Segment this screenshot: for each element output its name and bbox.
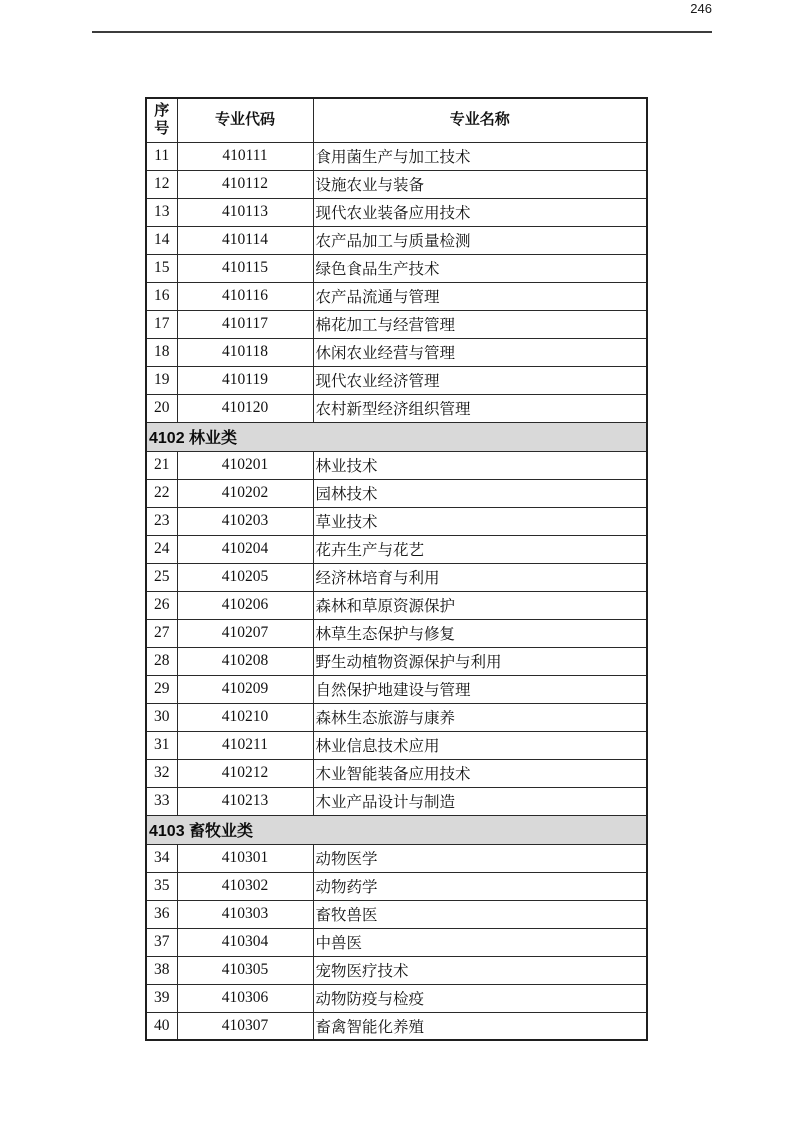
major-code-cell: 410207 — [177, 619, 313, 647]
major-name-cell: 经济林培育与利用 — [313, 563, 647, 591]
row-index-cell: 38 — [146, 956, 177, 984]
table-row: 38410305宠物医疗技术 — [146, 956, 647, 984]
section-header: 4102 林业类 — [146, 422, 647, 451]
row-index-cell: 22 — [146, 479, 177, 507]
major-code-cell: 410303 — [177, 900, 313, 928]
row-index-cell: 35 — [146, 872, 177, 900]
table-row: 39410306动物防疫与检疫 — [146, 984, 647, 1012]
row-index-cell: 18 — [146, 338, 177, 366]
major-code-cell: 410210 — [177, 703, 313, 731]
document-page: { "page": { "number": "246" }, "table": … — [0, 0, 793, 1122]
row-index-cell: 11 — [146, 142, 177, 170]
table-row: 11410111食用菌生产与加工技术 — [146, 142, 647, 170]
row-index-cell: 28 — [146, 647, 177, 675]
row-index-cell: 16 — [146, 282, 177, 310]
row-index-cell: 21 — [146, 451, 177, 479]
table-row: 15410115绿色食品生产技术 — [146, 254, 647, 282]
major-name-cell: 绿色食品生产技术 — [313, 254, 647, 282]
row-index-cell: 20 — [146, 394, 177, 422]
table-row: 23410203草业技术 — [146, 507, 647, 535]
table-row: 14410114农产品加工与质量检测 — [146, 226, 647, 254]
table-row: 25410205经济林培育与利用 — [146, 563, 647, 591]
major-code-cell: 410201 — [177, 451, 313, 479]
major-code-cell: 410111 — [177, 142, 313, 170]
major-code-cell: 410205 — [177, 563, 313, 591]
major-code-cell: 410115 — [177, 254, 313, 282]
major-code-cell: 410302 — [177, 872, 313, 900]
row-index-cell: 31 — [146, 731, 177, 759]
table-row: 27410207林草生态保护与修复 — [146, 619, 647, 647]
major-name-cell: 木业产品设计与制造 — [313, 787, 647, 815]
table-row: 31410211林业信息技术应用 — [146, 731, 647, 759]
major-code-cell: 410120 — [177, 394, 313, 422]
major-name-cell: 林业信息技术应用 — [313, 731, 647, 759]
major-code-cell: 410117 — [177, 310, 313, 338]
major-code-cell: 410304 — [177, 928, 313, 956]
table-header-row: 序号 专业代码 专业名称 — [146, 98, 647, 142]
major-code-cell: 410118 — [177, 338, 313, 366]
row-index-cell: 40 — [146, 1012, 177, 1040]
major-name-cell: 草业技术 — [313, 507, 647, 535]
header-rule — [92, 31, 712, 33]
row-index-cell: 32 — [146, 759, 177, 787]
major-name-cell: 现代农业经济管理 — [313, 366, 647, 394]
table-row: 35410302动物药学 — [146, 872, 647, 900]
major-name-cell: 自然保护地建设与管理 — [313, 675, 647, 703]
table-row: 20410120农村新型经济组织管理 — [146, 394, 647, 422]
table-row: 28410208野生动植物资源保护与利用 — [146, 647, 647, 675]
major-name-cell: 宠物医疗技术 — [313, 956, 647, 984]
major-code-cell: 410202 — [177, 479, 313, 507]
table-row: 12410112设施农业与装备 — [146, 170, 647, 198]
major-code-cell: 410203 — [177, 507, 313, 535]
major-name-cell: 设施农业与装备 — [313, 170, 647, 198]
major-name-cell: 花卉生产与花艺 — [313, 535, 647, 563]
row-index-cell: 12 — [146, 170, 177, 198]
table-row: 37410304中兽医 — [146, 928, 647, 956]
row-index-cell: 17 — [146, 310, 177, 338]
table-row: 40410307畜禽智能化养殖 — [146, 1012, 647, 1040]
table-row: 18410118休闲农业经营与管理 — [146, 338, 647, 366]
table-row: 16410116农产品流通与管理 — [146, 282, 647, 310]
major-code-cell: 410305 — [177, 956, 313, 984]
row-index-cell: 33 — [146, 787, 177, 815]
major-code-cell: 410116 — [177, 282, 313, 310]
table-row: 33410213木业产品设计与制造 — [146, 787, 647, 815]
page-number: 246 — [0, 1, 712, 16]
major-name-cell: 森林和草原资源保护 — [313, 591, 647, 619]
table-row: 32410212木业智能装备应用技术 — [146, 759, 647, 787]
major-name-cell: 现代农业装备应用技术 — [313, 198, 647, 226]
row-index-cell: 23 — [146, 507, 177, 535]
major-name-cell: 农产品加工与质量检测 — [313, 226, 647, 254]
row-index-cell: 27 — [146, 619, 177, 647]
header-name: 专业名称 — [313, 98, 647, 142]
major-name-cell: 林业技术 — [313, 451, 647, 479]
major-name-cell: 中兽医 — [313, 928, 647, 956]
row-index-cell: 39 — [146, 984, 177, 1012]
major-name-cell: 林草生态保护与修复 — [313, 619, 647, 647]
header-index: 序号 — [146, 98, 177, 142]
majors-table: 序号 专业代码 专业名称 11410111食用菌生产与加工技术12410112设… — [145, 97, 648, 1041]
section-header-row: 4103 畜牧业类 — [146, 815, 647, 844]
row-index-cell: 26 — [146, 591, 177, 619]
table-body: 11410111食用菌生产与加工技术12410112设施农业与装备1341011… — [146, 142, 647, 1040]
table-row: 13410113现代农业装备应用技术 — [146, 198, 647, 226]
table-row: 24410204花卉生产与花艺 — [146, 535, 647, 563]
row-index-cell: 24 — [146, 535, 177, 563]
major-name-cell: 农村新型经济组织管理 — [313, 394, 647, 422]
major-code-cell: 410212 — [177, 759, 313, 787]
row-index-cell: 14 — [146, 226, 177, 254]
major-name-cell: 休闲农业经营与管理 — [313, 338, 647, 366]
major-code-cell: 410301 — [177, 844, 313, 872]
row-index-cell: 29 — [146, 675, 177, 703]
row-index-cell: 30 — [146, 703, 177, 731]
section-header: 4103 畜牧业类 — [146, 815, 647, 844]
major-name-cell: 动物医学 — [313, 844, 647, 872]
header-code: 专业代码 — [177, 98, 313, 142]
major-name-cell: 食用菌生产与加工技术 — [313, 142, 647, 170]
table-row: 29410209自然保护地建设与管理 — [146, 675, 647, 703]
major-code-cell: 410307 — [177, 1012, 313, 1040]
row-index-cell: 25 — [146, 563, 177, 591]
major-name-cell: 农产品流通与管理 — [313, 282, 647, 310]
table-row: 30410210森林生态旅游与康养 — [146, 703, 647, 731]
row-index-cell: 13 — [146, 198, 177, 226]
major-name-cell: 野生动植物资源保护与利用 — [313, 647, 647, 675]
row-index-cell: 15 — [146, 254, 177, 282]
table-row: 34410301动物医学 — [146, 844, 647, 872]
major-code-cell: 410208 — [177, 647, 313, 675]
table-row: 36410303畜牧兽医 — [146, 900, 647, 928]
major-name-cell: 森林生态旅游与康养 — [313, 703, 647, 731]
section-header-row: 4102 林业类 — [146, 422, 647, 451]
table-row: 21410201林业技术 — [146, 451, 647, 479]
table-row: 26410206森林和草原资源保护 — [146, 591, 647, 619]
major-name-cell: 木业智能装备应用技术 — [313, 759, 647, 787]
table-row: 19410119现代农业经济管理 — [146, 366, 647, 394]
major-code-cell: 410112 — [177, 170, 313, 198]
major-code-cell: 410209 — [177, 675, 313, 703]
major-code-cell: 410204 — [177, 535, 313, 563]
table-row: 22410202园林技术 — [146, 479, 647, 507]
major-code-cell: 410119 — [177, 366, 313, 394]
row-index-cell: 19 — [146, 366, 177, 394]
major-code-cell: 410306 — [177, 984, 313, 1012]
major-name-cell: 动物药学 — [313, 872, 647, 900]
major-code-cell: 410113 — [177, 198, 313, 226]
major-code-cell: 410211 — [177, 731, 313, 759]
major-name-cell: 动物防疫与检疫 — [313, 984, 647, 1012]
major-code-cell: 410213 — [177, 787, 313, 815]
major-name-cell: 畜禽智能化养殖 — [313, 1012, 647, 1040]
table-row: 17410117棉花加工与经营管理 — [146, 310, 647, 338]
major-name-cell: 畜牧兽医 — [313, 900, 647, 928]
major-code-cell: 410206 — [177, 591, 313, 619]
major-name-cell: 园林技术 — [313, 479, 647, 507]
major-code-cell: 410114 — [177, 226, 313, 254]
row-index-cell: 34 — [146, 844, 177, 872]
row-index-cell: 36 — [146, 900, 177, 928]
row-index-cell: 37 — [146, 928, 177, 956]
major-name-cell: 棉花加工与经营管理 — [313, 310, 647, 338]
